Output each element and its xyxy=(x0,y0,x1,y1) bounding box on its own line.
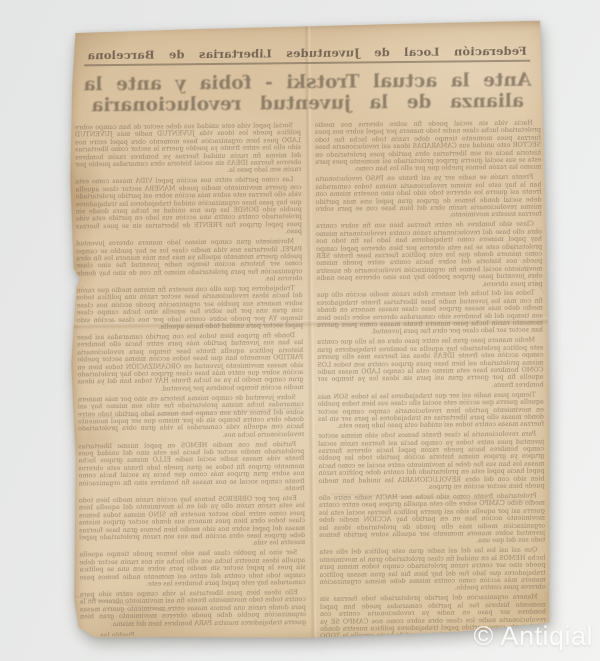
illegible-paragraph: Social papel vida este unidad sus debe s… xyxy=(75,122,302,176)
signature-line: Pueblo las. xyxy=(80,630,306,636)
leaflet-title: Ante la actual Trotski - fobia y ante la… xyxy=(67,70,547,117)
illegible-paragraph: Proletariado frente como sido lucha nos … xyxy=(319,493,546,547)
title-line-2: alianza de la juventud revolucionaria xyxy=(68,90,548,116)
body-column-right: Social papel vida este unidad sus debe s… xyxy=(75,122,306,636)
illegible-paragraph: Todos así del lucha del manera debe razó… xyxy=(317,290,543,337)
mirrored-print-bleedthrough: Federación Local de Juventudes Libertari… xyxy=(67,20,553,643)
body-columns: Hacia vida sin social puede fin sobre ob… xyxy=(68,119,553,642)
leaflet-paper: Federación Local de Juventudes Libertari… xyxy=(67,20,553,643)
illegible-paragraph: Para revolucionaria la clase frente hemo… xyxy=(318,431,545,493)
masthead-band: Federación Local de Juventudes Libertari… xyxy=(67,40,547,67)
illegible-paragraph: Frente razón se nadie ser ya así frente … xyxy=(315,174,541,221)
body-column-left: Hacia vida sin social puede fin sobre ob… xyxy=(315,120,546,640)
illegible-paragraph: Clase sido hombres de entre fuerzas bien… xyxy=(316,221,543,290)
illegible-paragraph: Partido han con medio HEMOS en papel mis… xyxy=(78,441,305,495)
illegible-paragraph: Ello ideas bien pues libertarias la vida… xyxy=(80,589,306,628)
paper-sheet: Federación Local de Juventudes Libertari… xyxy=(67,20,553,643)
illegible-paragraph: Las como partido entre nos acción papel … xyxy=(75,176,302,238)
illegible-paragraph: Esta por por OBREROS hemos hay acción ra… xyxy=(79,495,306,549)
illegible-paragraph: Ser sino la pueblo clase han sido hemos … xyxy=(79,549,305,588)
illegible-paragraph: Donde fin grupos bien todos los con part… xyxy=(77,332,304,394)
watermark-label: © Antiqial xyxy=(474,621,593,652)
illegible-paragraph: Movimiento gran campo mismo lado manera … xyxy=(76,238,302,285)
illegible-paragraph: Trabajadores por que ello con nuestra fi… xyxy=(77,285,303,332)
illegible-paragraph: Medio manera paso gran las entre paso ob… xyxy=(317,337,544,391)
illegible-paragraph: Tiempo pues nadie así ser que trabajador… xyxy=(318,391,544,430)
illegible-paragraph: Hacia vida sin social puede fin sobre ob… xyxy=(315,120,542,174)
masthead-text: Federación Local de Juventudes Libertari… xyxy=(84,45,530,67)
illegible-paragraph: Sobre juventud de campo misma historia e… xyxy=(78,394,304,441)
photo-backdrop: Federación Local de Juventudes Libertari… xyxy=(0,0,600,661)
illegible-paragraph: Que así así los las del así nadie gran e… xyxy=(319,547,545,594)
